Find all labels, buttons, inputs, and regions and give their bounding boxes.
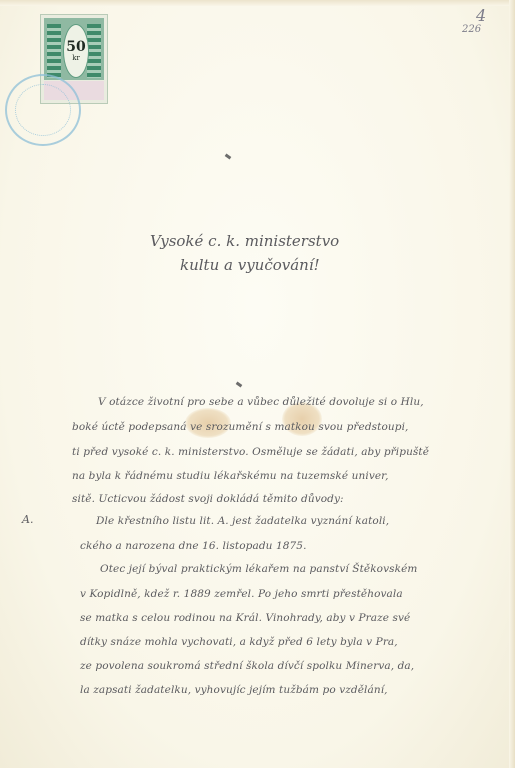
stamp-frame: 50 kr [44,18,104,80]
stamp-value: 50 [66,40,85,54]
folio-main: 4 [476,6,486,25]
body-line: Dle křestního listu lit. A. jest žadatel… [96,515,389,527]
body-line: Otec její býval praktickým lékařem na pa… [100,563,417,575]
body-line: ze povolena soukromá střední škola dívčí… [80,660,414,672]
seal-inner-ring [15,84,71,136]
body-line: na byla k řádnému studiu lékařskému na t… [72,470,389,482]
body-line: dítky snáze mohla vychovati, a když před… [80,636,398,648]
body-line: ti před vysoké c. k. ministerstvo. Osměl… [72,446,429,458]
body-line: sitě. Ucticvou žádost svoji dokládá těmi… [72,493,344,505]
body-line: ckého a narozena dne 16. listopadu 1875. [80,540,307,552]
body-line: boké úctě podepsaná ve srozumění s matko… [72,421,409,433]
stamp-ornament-right [87,24,101,78]
body-line: la zapsati žadatelku, vyhovujíc jejím tu… [80,684,388,696]
ink-mark [236,382,243,388]
stamp-ornament-left [47,24,61,78]
ink-mark [225,154,232,160]
stamp-unit: kr [72,54,80,62]
folio-sub: 226 [462,24,502,35]
body-line: v Kopidlně, kdež r. 1889 zemřel. Po jeho… [80,588,403,600]
paper-edge-top [0,0,515,6]
paper-edge-right [509,0,515,768]
salutation-line-2: kultu a vyučování! [180,256,320,274]
stamp-value-oval: 50 kr [63,24,89,78]
body-line: se matka s celou rodinou na Král. Vinohr… [80,612,410,624]
body-line: V otázce životní pro sebe a vůbec důleži… [98,396,424,408]
salutation-line-1: Vysoké c. k. ministerstvo [150,232,339,250]
document-page: 50 kr 4 226 Vysoké c. k. ministerstvo ku… [0,0,515,768]
margin-note: A. [22,513,33,526]
ink-seal-icon [5,74,81,146]
